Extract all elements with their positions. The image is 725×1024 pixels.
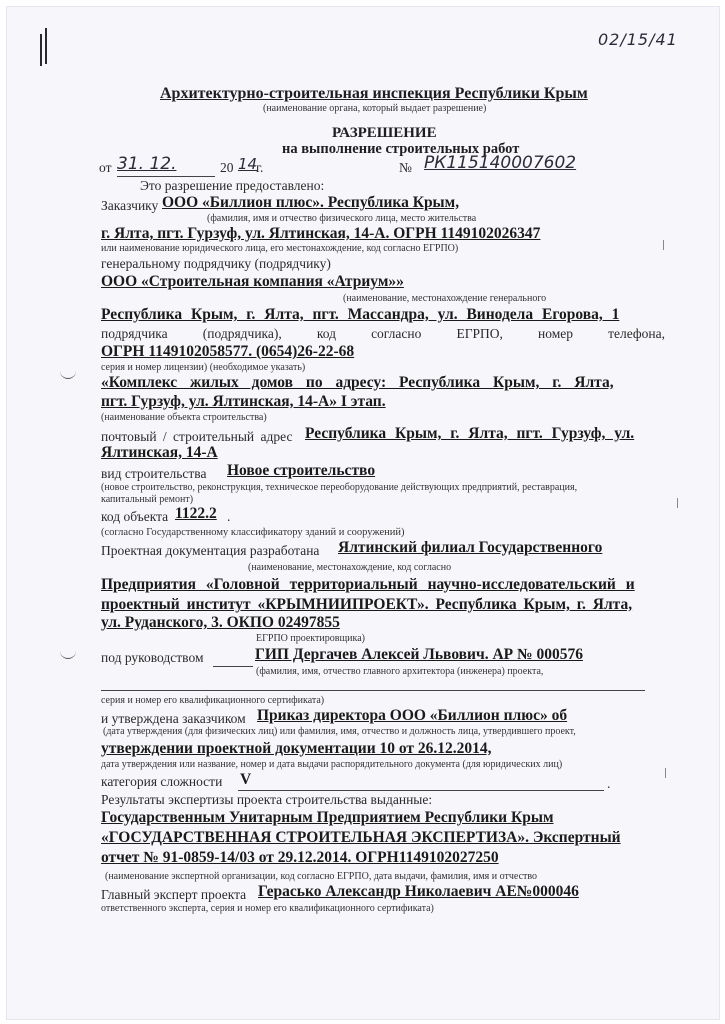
date-prefix: от bbox=[99, 160, 111, 176]
object-hint: (наименование объекта строительства) bbox=[101, 412, 267, 423]
contractor-value-1: ООО «Строительная компания «Атриум»» bbox=[101, 273, 404, 291]
approved-value-1: Приказ директора ООО «Биллион плюс» об bbox=[257, 707, 567, 725]
type-hint: (новое строительство, реконструкция, тех… bbox=[101, 482, 621, 506]
scan-mark bbox=[663, 240, 664, 250]
chief-hint: ответственного эксперта, серия и номер е… bbox=[101, 903, 434, 914]
expertise-label: Результаты экспертизы проекта строительс… bbox=[101, 792, 432, 808]
expertise-value-2: «ГОСУДАРСТВЕННАЯ СТРОИТЕЛЬНАЯ ЭКСПЕРТИЗА… bbox=[101, 829, 621, 847]
design-hint-2: ЕГРПО проектировщика) bbox=[256, 633, 365, 644]
hint-word: телефона, bbox=[608, 326, 665, 342]
customer-label: Заказчику bbox=[101, 198, 158, 214]
lead-hint-1: (фамилия, имя, отчество главного архитек… bbox=[256, 666, 543, 677]
object-value-2: пгт. Гурзуф, ул. Ялтинская, 14-А» I этап… bbox=[101, 393, 386, 411]
corner-note: 02/15/41 bbox=[598, 30, 678, 49]
authority-hint: (наименование органа, который выдает раз… bbox=[263, 103, 486, 114]
hint-word: ЕГРПО, bbox=[456, 326, 502, 342]
address-label: почтовый / строительный адрес bbox=[101, 429, 292, 445]
contractor-hint-3: серия и номер лицензии) (необходимое ука… bbox=[101, 362, 305, 373]
lead-blank-line bbox=[101, 690, 645, 691]
hint-word: код bbox=[317, 326, 336, 342]
address-value-1: Республика Крым, г. Ялта, пгт. Гурзуф, у… bbox=[305, 425, 634, 443]
document-title: РАЗРЕШЕНИЕ bbox=[332, 125, 437, 142]
scan-mark bbox=[677, 498, 678, 508]
hint-word: (подрядчика), bbox=[203, 326, 282, 342]
date-year-suffix: 14 bbox=[238, 155, 257, 173]
complexity-label: категория сложности bbox=[101, 774, 222, 790]
code-hint: (согласно Государственному классификатор… bbox=[101, 527, 404, 538]
authority-name: Архитектурно-строительная инспекция Респ… bbox=[160, 85, 588, 103]
customer-hint-1: (фамилия, имя и отчество физического лиц… bbox=[207, 213, 476, 224]
date-underline bbox=[117, 176, 215, 177]
hint-word: подрядчика bbox=[101, 326, 168, 342]
design-label: Проектная документация разработана bbox=[101, 543, 319, 559]
chief-value: Герасько Александр Николаевич АЕ№000046 bbox=[258, 883, 579, 901]
customer-value-1: ООО «Биллион плюс». Республика Крым, bbox=[162, 194, 459, 212]
number-prefix: № bbox=[399, 160, 412, 176]
hint-word: согласно bbox=[371, 326, 421, 342]
design-hint-1: (наименование, местонахождение, код согл… bbox=[248, 562, 451, 573]
expertise-value-1: Государственным Унитарным Предприятием Р… bbox=[101, 809, 554, 827]
date-year-prefix: 20 bbox=[220, 160, 234, 176]
date-year-end: г. bbox=[256, 160, 263, 176]
contractor-value-3: ОГРН 1149102058577. (0654)26-22-68 bbox=[101, 343, 354, 361]
complexity-underline bbox=[238, 790, 604, 791]
type-label: вид строительства bbox=[101, 466, 207, 482]
lead-label: под руководством bbox=[101, 650, 204, 666]
customer-value-2: г. Ялта, пгт. Гурзуф, ул. Ялтинская, 14-… bbox=[101, 225, 540, 243]
contractor-hint-1: (наименование, местонахождение генеральн… bbox=[343, 293, 546, 304]
granted-line: Это разрешение предоставлено: bbox=[140, 178, 324, 194]
customer-hint-2: или наименование юридического лица, его … bbox=[101, 243, 458, 254]
date-day-month: 31. 12. bbox=[117, 154, 199, 174]
design-value-4: ул. Руданского, 3. ОКПО 02497855 bbox=[101, 614, 340, 632]
contractor-hint-2: подрядчика (подрядчика), код согласно ЕГ… bbox=[101, 326, 665, 342]
complexity-period: . bbox=[607, 776, 610, 792]
chief-label: Главный эксперт проекта bbox=[101, 887, 246, 903]
lead-underline-lead-in bbox=[213, 666, 253, 667]
lead-hint-2: серия и номер его квалификационного серт… bbox=[101, 695, 324, 706]
address-value-2: Ялтинская, 14-А bbox=[101, 444, 218, 462]
contractor-label: генеральному подрядчику (подрядчику) bbox=[101, 256, 331, 272]
code-label: код объекта bbox=[101, 509, 168, 525]
type-value: Новое строительство bbox=[227, 462, 375, 480]
approved-value-2: утверждении проектной документации 10 от… bbox=[101, 740, 492, 758]
scan-mark bbox=[665, 768, 666, 778]
contractor-value-2: Республика Крым, г. Ялта, пгт. Массандра… bbox=[101, 306, 619, 324]
margin-bar-mark bbox=[40, 34, 42, 66]
complexity-value: V bbox=[240, 771, 251, 789]
code-period: . bbox=[227, 509, 230, 525]
code-value: 1122.2 bbox=[175, 505, 217, 523]
lead-value: ГИП Дергачев Алексей Львович. АР № 00057… bbox=[255, 646, 583, 664]
margin-bar-mark bbox=[45, 28, 47, 64]
approved-label: и утверждена заказчиком bbox=[101, 711, 246, 727]
expertise-value-3: отчет № 91-0859-14/03 от 29.12.2014. ОГР… bbox=[101, 849, 499, 867]
design-value-1: Ялтинский филиал Государственного bbox=[338, 539, 602, 557]
object-value-1: «Комплекс жилых домов по адресу: Республ… bbox=[101, 374, 614, 392]
permit-number: РК115140007602 bbox=[424, 153, 576, 173]
approved-hint-1: (дата утверждения (для физических лиц) и… bbox=[103, 726, 576, 737]
design-value-3: проектный институт «КРЫМНИИПРОЕКТ». Респ… bbox=[101, 596, 632, 614]
design-value-2: Предприятия «Головной территориальный на… bbox=[101, 576, 635, 594]
expertise-hint: (наименование экспертной организации, ко… bbox=[105, 871, 537, 882]
hint-word: номер bbox=[538, 326, 573, 342]
approved-hint-2: дата утверждения или название, номер и д… bbox=[101, 759, 562, 770]
